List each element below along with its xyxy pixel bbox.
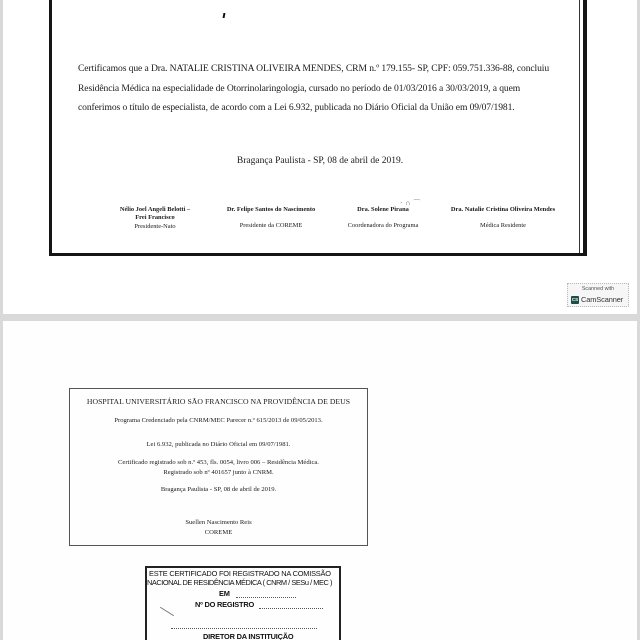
signatory-name-cont: Frei Francisco xyxy=(105,214,205,222)
registry-line: Registrado sob nº 401657 junto à CNRM. xyxy=(70,469,367,476)
place-date: Bragança Paulista - SP, 08 de abril de 2… xyxy=(70,486,367,493)
registration-box: HOSPITAL UNIVERSITÁRIO SÃO FRANCISCO NA … xyxy=(69,388,368,546)
certificate-page-back: HOSPITAL UNIVERSITÁRIO SÃO FRANCISCO NA … xyxy=(3,321,637,640)
camscanner-badge: Scanned with CS CamScanner xyxy=(567,283,629,307)
signatory-name: Nélio Joel Angeli Belotti – xyxy=(105,206,205,214)
certificate-line: Certificamos que a Dra. NATALIE CRISTINA… xyxy=(78,59,568,79)
signatory-name: Dra. Natalie Cristina Oliveira Mendes xyxy=(433,206,573,214)
signatory-coreme-president: Dr. Felipe Santos do Nascimento Presiden… xyxy=(211,206,331,231)
program-accreditation: Programa Credenciado pela CNRM/MEC Parec… xyxy=(70,417,367,424)
stamp-line: NACIONAL DE RESIDÊNCIA MÉDICA ( CNRM / S… xyxy=(147,578,332,587)
stamp-registro-label: Nº DO REGISTRO xyxy=(195,600,254,609)
badge-brand: CamScanner xyxy=(581,295,623,304)
place-date: Bragança Paulista - SP, 08 de abril de 2… xyxy=(3,156,637,166)
camscanner-logo-icon: CS xyxy=(571,296,579,304)
cnrm-registration-stamp: ESTE CERTIFICADO FOI REGISTRADO NA COMIS… xyxy=(145,566,341,640)
signatory-coordinator: Dra. Solene Pirana Coordenadora do Progr… xyxy=(328,206,438,231)
stamp-director-label: DIRETOR DA INSTITUIÇÃO xyxy=(203,632,293,640)
certificate-body: Certificamos que a Dra. NATALIE CRISTINA… xyxy=(78,59,568,118)
stamp-line: ESTE CERTIFICADO FOI REGISTRADO NA COMIS… xyxy=(149,569,331,578)
certificate-line: conferimos o título de especialista, de … xyxy=(78,98,568,118)
badge-caption: Scanned with xyxy=(568,286,628,292)
pen-stroke xyxy=(160,607,174,616)
signer-role: COREME xyxy=(70,529,367,536)
law-reference: Lei 6.932, publicada no Diário Oficial e… xyxy=(70,441,367,448)
registro-blank xyxy=(259,608,323,609)
certificate-line: Residência Médica na especialidade de Ot… xyxy=(78,79,568,99)
signatory-name: Dr. Felipe Santos do Nascimento xyxy=(211,206,331,214)
certificate-page-front: Certificamos que a Dra. NATALIE CRISTINA… xyxy=(3,0,637,314)
director-signature-line xyxy=(171,628,317,629)
stamp-em-label: EM xyxy=(219,589,230,598)
signer-name: Suellen Nascimento Reis xyxy=(70,519,367,526)
registry-line: Certificado registrado sob n.º 453, fls.… xyxy=(70,459,367,466)
em-blank xyxy=(236,597,296,598)
signatory-role: Presidente-Nato xyxy=(105,223,205,231)
signatory-president-nato: Nélio Joel Angeli Belotti – Frei Francis… xyxy=(105,206,205,231)
signatory-role: Presidente da COREME xyxy=(211,222,331,230)
hospital-name: HOSPITAL UNIVERSITÁRIO SÃO FRANCISCO NA … xyxy=(70,397,367,406)
signatory-role: Médica Residente xyxy=(433,222,573,230)
signatory-role: Coordenadora do Programa xyxy=(328,222,438,230)
signatory-name: Dra. Solene Pirana xyxy=(328,206,438,214)
signatory-resident: Dra. Natalie Cristina Oliveira Mendes Mé… xyxy=(433,206,573,231)
